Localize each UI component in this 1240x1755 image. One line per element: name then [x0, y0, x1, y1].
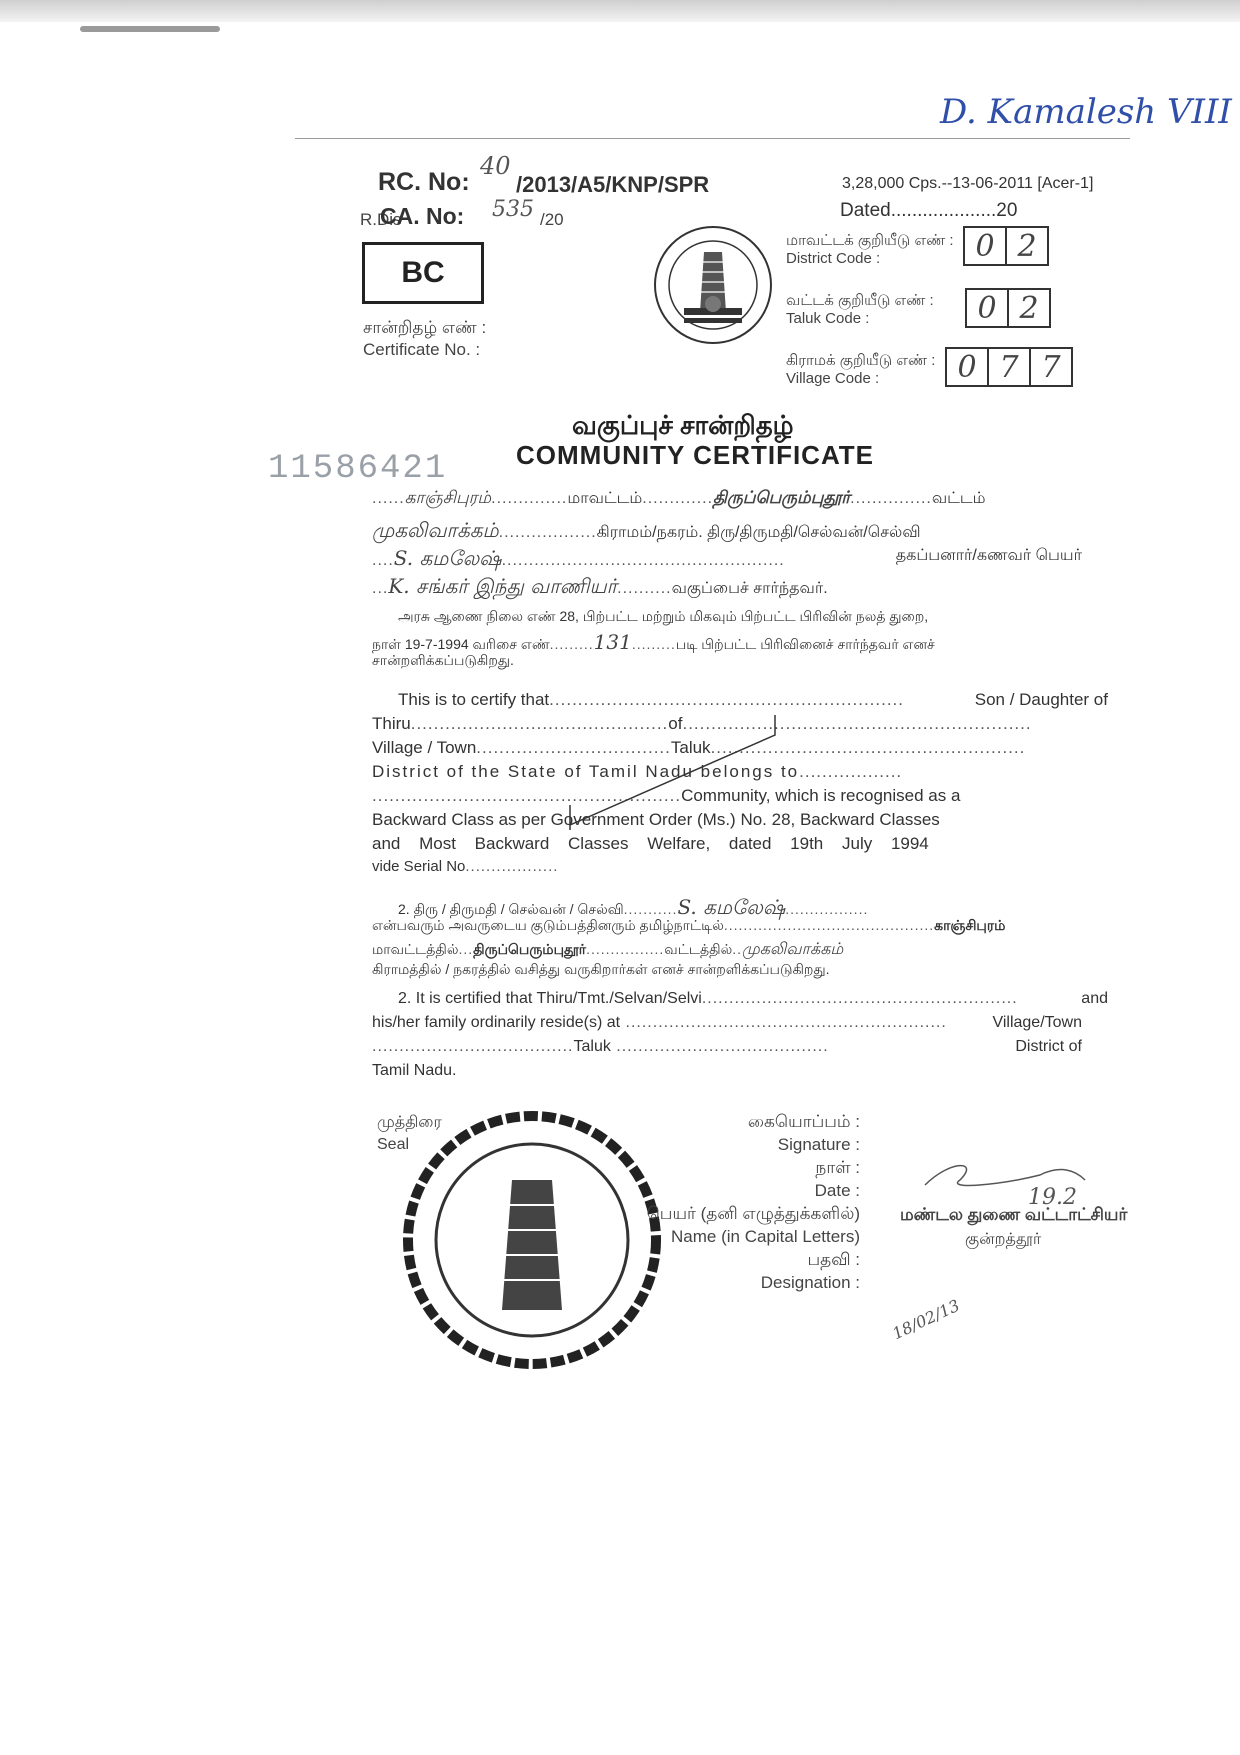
designation-label-ta: பதவி : — [620, 1248, 860, 1271]
residence-english-section: 2. It is certified that Thiru/Tmt./Selva… — [372, 990, 1082, 1090]
serial-value: 131 — [594, 630, 632, 654]
code-digit: 2 — [1007, 290, 1049, 326]
resident-taluk-value: திருப்பெரும்புதூர் — [473, 941, 586, 957]
name-value: S. கமலேஷ் — [394, 546, 502, 570]
resident-district-value: காஞ்சிபுரம் — [934, 917, 1005, 933]
residence-tamil-section: 2. திரு / திருமதி / செல்வன் / செல்வி....… — [372, 895, 1082, 995]
village-code-boxes: 0 7 7 — [945, 347, 1073, 387]
handwritten-signature-top: D. Kamalesh VIII — [940, 92, 1232, 132]
residence-ta-taluk-label: வட்டத்தில் — [664, 941, 732, 957]
stamp-location: குன்றத்தூர் — [965, 1230, 1041, 1250]
code-digit: 7 — [1029, 349, 1071, 385]
ca-no-suffix: /20 — [540, 210, 564, 230]
strike-through-mark — [565, 710, 780, 830]
stamp-designation: மண்டல துணை வட்டாட்சியர் — [900, 1205, 1127, 1227]
certificate-no-label-ta: சான்றிதழ் எண் : — [363, 317, 486, 339]
title-english: COMMUNITY CERTIFICATE — [516, 440, 874, 471]
tamil-section: ......காஞ்சிபுரம்..............மாவட்டம்.… — [372, 480, 1082, 680]
taluk-label: வட்டம் — [932, 490, 986, 507]
date-label-en: Date : — [620, 1179, 860, 1202]
name-label-ta: பெயர் (தனி எழுத்துக்களில்) — [620, 1202, 860, 1225]
taluk-code-label: வட்டக் குறியீடு எண் : Taluk Code : — [786, 292, 934, 328]
district-value: காஞ்சிபுரம் — [405, 488, 491, 508]
residence-en-line-1: 2. It is certified that Thiru/Tmt./Selva… — [398, 990, 702, 1007]
parent-value: K. சங்கர் இந்து வாணியர் — [388, 574, 617, 598]
dated-field: Dated....................20 — [840, 200, 1017, 222]
thiru-label: Thiru — [372, 714, 411, 733]
signature-label-en: Signature : — [620, 1133, 860, 1156]
rc-no-handwritten: 40 — [480, 152, 511, 180]
village-town-label-2: Village/Town — [992, 1014, 1082, 1032]
signature-labels: கையொப்பம் : Signature : நாள் : Date : பெ… — [620, 1110, 860, 1294]
son-daughter-label: Son / Daughter of — [975, 690, 1108, 710]
taluk-label-2: Taluk — [573, 1038, 610, 1055]
code-digit: 0 — [965, 228, 1005, 264]
village-value: முகலிவாக்கம் — [372, 518, 499, 542]
signature-label-ta: கையொப்பம் : — [620, 1110, 860, 1133]
rc-no-label: RC. No: — [378, 168, 470, 197]
and-label: and — [1081, 990, 1108, 1008]
top-rule — [295, 138, 1130, 139]
residence-en-line-2: his/her family ordinarily reside(s) at — [372, 1014, 620, 1031]
residence-ta-line-4: கிராமத்தில் / நகரத்தில் வசித்து வருகிறார… — [372, 961, 1082, 980]
village-code-label: கிராமக் குறியீடு எண் : Village Code : — [786, 352, 935, 388]
handwritten-initial: 18/02/13 — [889, 1296, 962, 1344]
taluk-value: திருப்பெரும்புதூர் — [713, 488, 850, 508]
village-town-label: Village / Town — [372, 738, 476, 757]
residence-ta-line-1: 2. திரு / திருமதி / செல்வன் / செல்வி — [398, 901, 624, 917]
certificate-no: சான்றிதழ் எண் : Certificate No. : — [363, 317, 486, 361]
go-text-2a: நாள் 19-7-1994 வரிசை எண் — [372, 636, 550, 652]
code-digit: 0 — [947, 349, 987, 385]
taluk-code-boxes: 0 2 — [965, 288, 1051, 328]
code-digit: 7 — [987, 349, 1029, 385]
vide-serial-label: vide Serial No — [372, 858, 465, 875]
category-badge: BC — [362, 242, 484, 304]
parent-label: தகப்பனார்/கணவர் பெயர் — [896, 546, 1082, 566]
district-label: மாவட்டம் — [567, 490, 642, 507]
print-info: 3,28,000 Cps.--13-06-2011 [Acer-1] — [842, 175, 1093, 193]
code-digit: 2 — [1005, 228, 1047, 264]
rc-no-rest: /2013/A5/KNP/SPR — [516, 172, 709, 198]
tamil-nadu-text: Tamil Nadu. — [372, 1062, 1082, 1080]
go-date-text: and Most Backward Classes Welfare, dated… — [372, 834, 1082, 854]
scan-edge — [0, 0, 1240, 22]
go-text-1: அரசு ஆணை நிலை எண் 28, பிற்பட்ட மற்றும் ம… — [372, 608, 1108, 627]
code-digit: 0 — [967, 290, 1007, 326]
community-label: வகுப்பைச் சார்ந்தவர். — [672, 580, 828, 597]
title-tamil: வகுப்புச் சான்றிதழ் — [572, 410, 794, 444]
district-of-label: District of — [1015, 1038, 1082, 1056]
resident-village-value: முகலிவாக்கம் — [742, 939, 843, 958]
certify-text: This is to certify that — [398, 690, 549, 709]
go-text-3: சான்றளிக்கப்படுகிறது. — [372, 652, 1082, 671]
residence-ta-line-2: என்பவரும் அவருடைய குடும்பத்தினரும் தமிழ்… — [372, 917, 724, 933]
certificate-no-label-en: Certificate No. : — [363, 339, 486, 361]
resident-name-value: S. கமலேஷ் — [677, 895, 785, 919]
residence-ta-district-label: மாவட்டத்தில் — [372, 941, 458, 957]
ca-no-handwritten: 535 — [492, 197, 534, 222]
designation-label-en: Designation : — [620, 1271, 860, 1294]
district-code-boxes: 0 2 — [963, 226, 1049, 266]
date-label-ta: நாள் : — [620, 1156, 860, 1179]
village-label: கிராமம்/நகரம். திரு/திருமதி/செல்வன்/செல்… — [597, 524, 921, 541]
ca-no-label: CA. No: — [380, 203, 464, 230]
district-code-label: மாவட்டக் குறியீடு எண் : District Code : — [786, 232, 954, 268]
go-text-2b: படி பிற்பட்ட பிரிவினைச் சார்ந்தவர் எனச் — [676, 636, 935, 652]
tamil-nadu-emblem-icon — [650, 222, 776, 348]
name-label-en: Name (in Capital Letters) — [620, 1225, 860, 1248]
scan-mark — [80, 26, 220, 32]
